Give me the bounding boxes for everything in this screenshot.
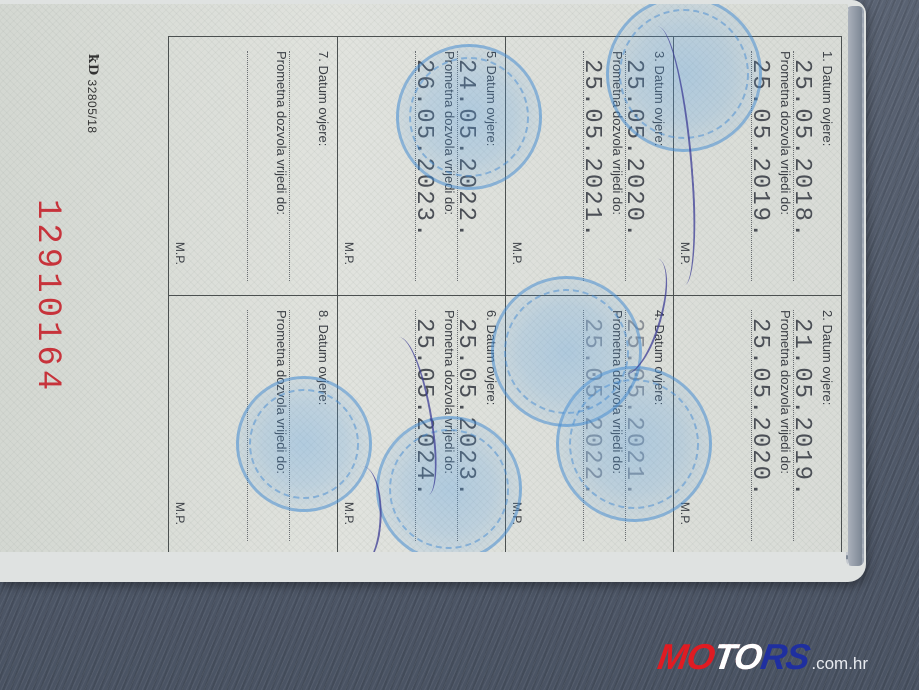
entry-date-label: Datum ovjere: bbox=[316, 324, 331, 405]
entry-number: 3. bbox=[652, 51, 667, 62]
validity-entry-2: 2. Datum ovjere: 21.05.2019. Prometna do… bbox=[673, 296, 841, 552]
logo-part-checkered: TO bbox=[711, 636, 764, 678]
entry-date-label: Datum ovjere: bbox=[820, 324, 835, 405]
seal-place-label: M.P. bbox=[342, 242, 356, 265]
entry-number: 4. bbox=[652, 310, 667, 321]
valid-until-date: 25.05.2024. bbox=[410, 318, 437, 498]
entry-date-label: Datum ovjere: bbox=[652, 324, 667, 405]
entry-number: 6. bbox=[484, 310, 499, 321]
validity-entry-7: 7. Datum ovjere: Prometna dozvola vrijed… bbox=[169, 37, 337, 296]
seal-place-label: M.P. bbox=[678, 242, 692, 265]
entry-date-label: Datum ovjere: bbox=[484, 324, 499, 405]
document-margin: ꝁD 32805/18 12910164 bbox=[20, 24, 110, 444]
seal-place-label: M.P. bbox=[510, 502, 524, 525]
registration-document-page: ꝁD 32805/18 12910164 H PODACI O VAŽENJU … bbox=[0, 4, 848, 552]
entry-date-label: Datum ovjere: bbox=[652, 65, 667, 146]
validity-entry-6: 6. Datum ovjere: 25.05.2023. Prometna do… bbox=[337, 296, 505, 552]
valid-until-label: Prometna dozvola vrijedi do: bbox=[274, 310, 289, 545]
valid-until-date: 26.05.2023. bbox=[410, 59, 437, 239]
valid-until-label: Prometna dozvola vrijedi do: bbox=[274, 51, 289, 285]
seal-place-label: M.P. bbox=[342, 502, 356, 525]
seal-place-label: M.P. bbox=[510, 242, 524, 265]
certification-date: 21.05.2019. bbox=[788, 318, 815, 498]
logo-part-blue: RS bbox=[758, 636, 812, 678]
entry-number: 2. bbox=[820, 310, 835, 321]
form-code-mark: ꝁD bbox=[85, 54, 100, 76]
entry-date-label: Datum ovjere: bbox=[484, 65, 499, 146]
validity-section: H PODACI O VAŽENJU PROMETNE DOZVOLE 1. D… bbox=[122, 36, 842, 552]
certification-date: 25.05.2018. bbox=[788, 59, 815, 239]
validity-grid: 1. Datum ovjere: 25.05.2018. Prometna do… bbox=[168, 36, 842, 552]
entry-date-label: Datum ovjere: bbox=[316, 65, 331, 146]
logo-part-red: MO bbox=[655, 636, 717, 678]
certification-date: 25.05.2020. bbox=[620, 59, 647, 239]
validity-entry-1: 1. Datum ovjere: 25.05.2018. Prometna do… bbox=[673, 37, 841, 296]
seal-place-label: M.P. bbox=[173, 502, 187, 525]
validity-entry-5: 5. Datum ovjere: 24.05.2022. Prometna do… bbox=[337, 37, 505, 296]
logo-domain: .com.hr bbox=[811, 654, 868, 673]
entry-date-label: Datum ovjere: bbox=[820, 65, 835, 146]
valid-until-date: 25.05.2022. bbox=[578, 318, 605, 498]
form-code-number: 32805/18 bbox=[85, 80, 99, 134]
validity-entry-4: 4. Datum ovjere: 25.05.2021. Prometna do… bbox=[505, 296, 673, 552]
section-title: H PODACI O VAŽENJU PROMETNE DOZVOLE bbox=[844, 42, 848, 552]
entry-number: 8. bbox=[316, 310, 331, 321]
entry-number: 5. bbox=[484, 51, 499, 62]
certification-date: 25.05.2023. bbox=[452, 318, 479, 498]
certification-date: 24.05.2022. bbox=[452, 59, 479, 239]
seal-place-label: M.P. bbox=[678, 502, 692, 525]
form-code: ꝁD 32805/18 bbox=[85, 54, 100, 134]
certification-date: 25.05.2021. bbox=[620, 318, 647, 498]
sleeve-stitching bbox=[846, 6, 864, 566]
serial-number: 12910164 bbox=[28, 199, 66, 394]
motors-watermark-logo: MOTORS.com.hr bbox=[658, 636, 868, 676]
seal-place-label: M.P. bbox=[173, 242, 187, 265]
validity-entry-8: 8. Datum ovjere: Prometna dozvola vrijed… bbox=[169, 296, 337, 552]
valid-until-date: 25.05.2020. bbox=[746, 318, 773, 498]
entry-number: 1. bbox=[820, 51, 835, 62]
validity-entry-3: 3. Datum ovjere: 25.05.2020. Prometna do… bbox=[505, 37, 673, 296]
valid-until-date: 25.05.2021. bbox=[578, 59, 605, 239]
entry-number: 7. bbox=[316, 51, 331, 62]
valid-until-date: 25.05.2019. bbox=[746, 59, 773, 239]
